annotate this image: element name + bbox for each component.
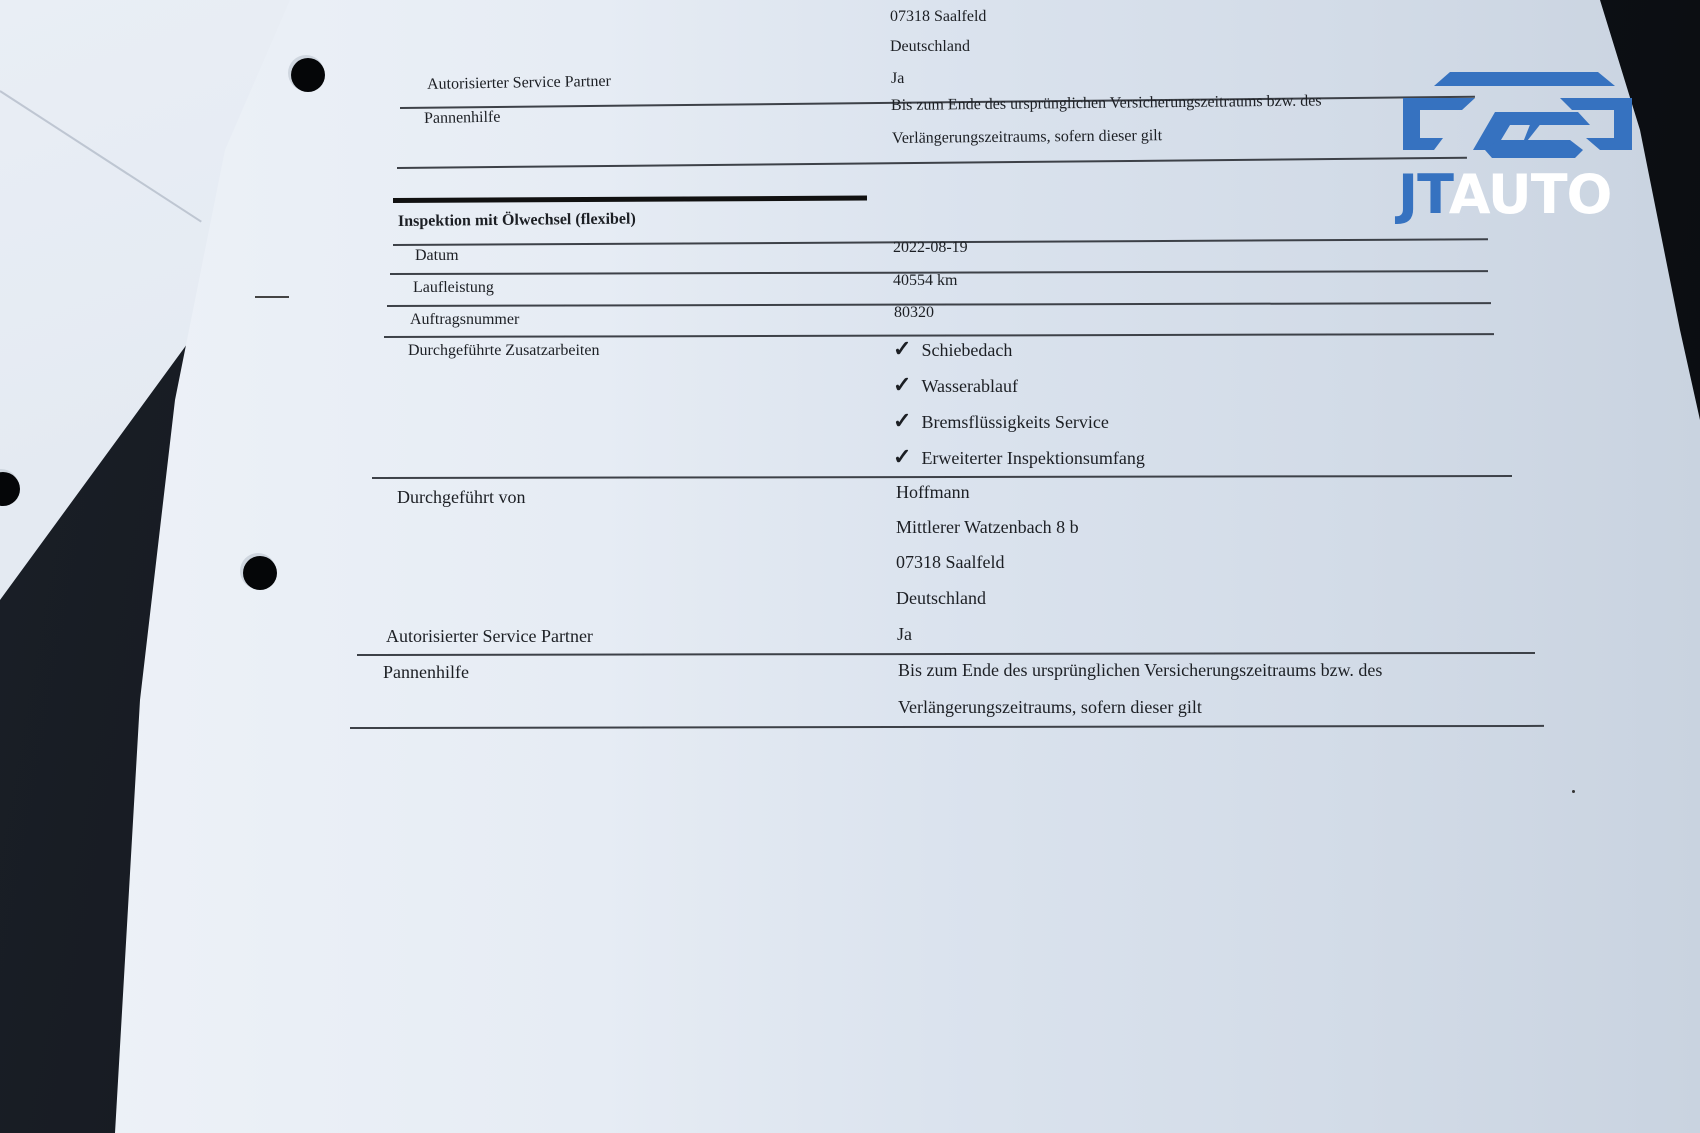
stray-mark — [255, 296, 289, 298]
address-country: Deutschland — [890, 38, 970, 56]
extra-work-item: ✓Wasserablauf — [893, 372, 1018, 398]
roadside-value-line-2: Verlängerungszeitraums, sofern dieser gi… — [892, 127, 1162, 148]
address-postal-city: 07318 Saalfeld — [890, 8, 986, 26]
mileage-label: Laufleistung — [413, 279, 494, 297]
extra-work-label: Durchgeführte Zusatzarbeiten — [408, 342, 599, 360]
workshop-name: Hoffmann — [896, 482, 970, 503]
photo-scene: 07318 Saalfeld Deutschland Autorisierter… — [0, 0, 1700, 1133]
brand-logo-text: JTAUTO — [1398, 168, 1611, 222]
date-label: Datum — [415, 247, 459, 265]
order-number-value: 80320 — [894, 304, 934, 322]
mileage-value: 40554 km — [893, 272, 957, 290]
date-value: 2022-08-19 — [893, 239, 968, 257]
workshop-postal-city: 07318 Saalfeld — [896, 552, 1004, 573]
authorized-partner-value: Ja — [891, 70, 904, 88]
authorized-partner-label: Autorisierter Service Partner — [427, 73, 611, 94]
roadside-value-line-2: Verlängerungszeitraums, sofern dieser gi… — [898, 697, 1202, 718]
extra-work-item-label: Schiebedach — [921, 340, 1012, 360]
checkmark-icon: ✓ — [893, 372, 911, 397]
brand-rest-text: AUTO — [1449, 163, 1612, 226]
checkmark-icon: ✓ — [893, 336, 911, 361]
brand-accent-text: JT — [1398, 163, 1449, 226]
performed-by-label: Durchgeführt von — [397, 487, 525, 508]
roadside-label: Pannenhilfe — [424, 109, 501, 128]
roadside-value-line-1: Bis zum Ende des ursprünglichen Versiche… — [898, 660, 1382, 681]
inspection-title: Inspektion mit Ölwechsel (flexibel) — [398, 211, 636, 231]
order-number-label: Auftragsnummer — [410, 311, 519, 329]
extra-work-item: ✓Bremsflüssigkeits Service — [893, 408, 1109, 434]
extra-work-item-label: Bremsflüssigkeits Service — [921, 412, 1108, 432]
extra-work-item: ✓Erweiterter Inspektionsumfang — [893, 444, 1145, 470]
punch-hole — [243, 556, 277, 590]
checkmark-icon: ✓ — [893, 408, 911, 433]
workshop-street: Mittlerer Watzenbach 8 b — [896, 517, 1079, 538]
authorized-partner-value: Ja — [897, 624, 912, 645]
extra-work-item-label: Erweiterter Inspektionsumfang — [921, 448, 1144, 468]
extra-work-item-label: Wasserablauf — [921, 376, 1018, 396]
roadside-label: Pannenhilfe — [383, 662, 469, 683]
workshop-country: Deutschland — [896, 588, 986, 609]
extra-work-item: ✓Schiebedach — [893, 336, 1012, 362]
checkmark-icon: ✓ — [893, 444, 911, 469]
authorized-partner-label: Autorisierter Service Partner — [386, 626, 593, 647]
punch-hole — [291, 58, 325, 92]
paper-speck — [1572, 790, 1575, 793]
